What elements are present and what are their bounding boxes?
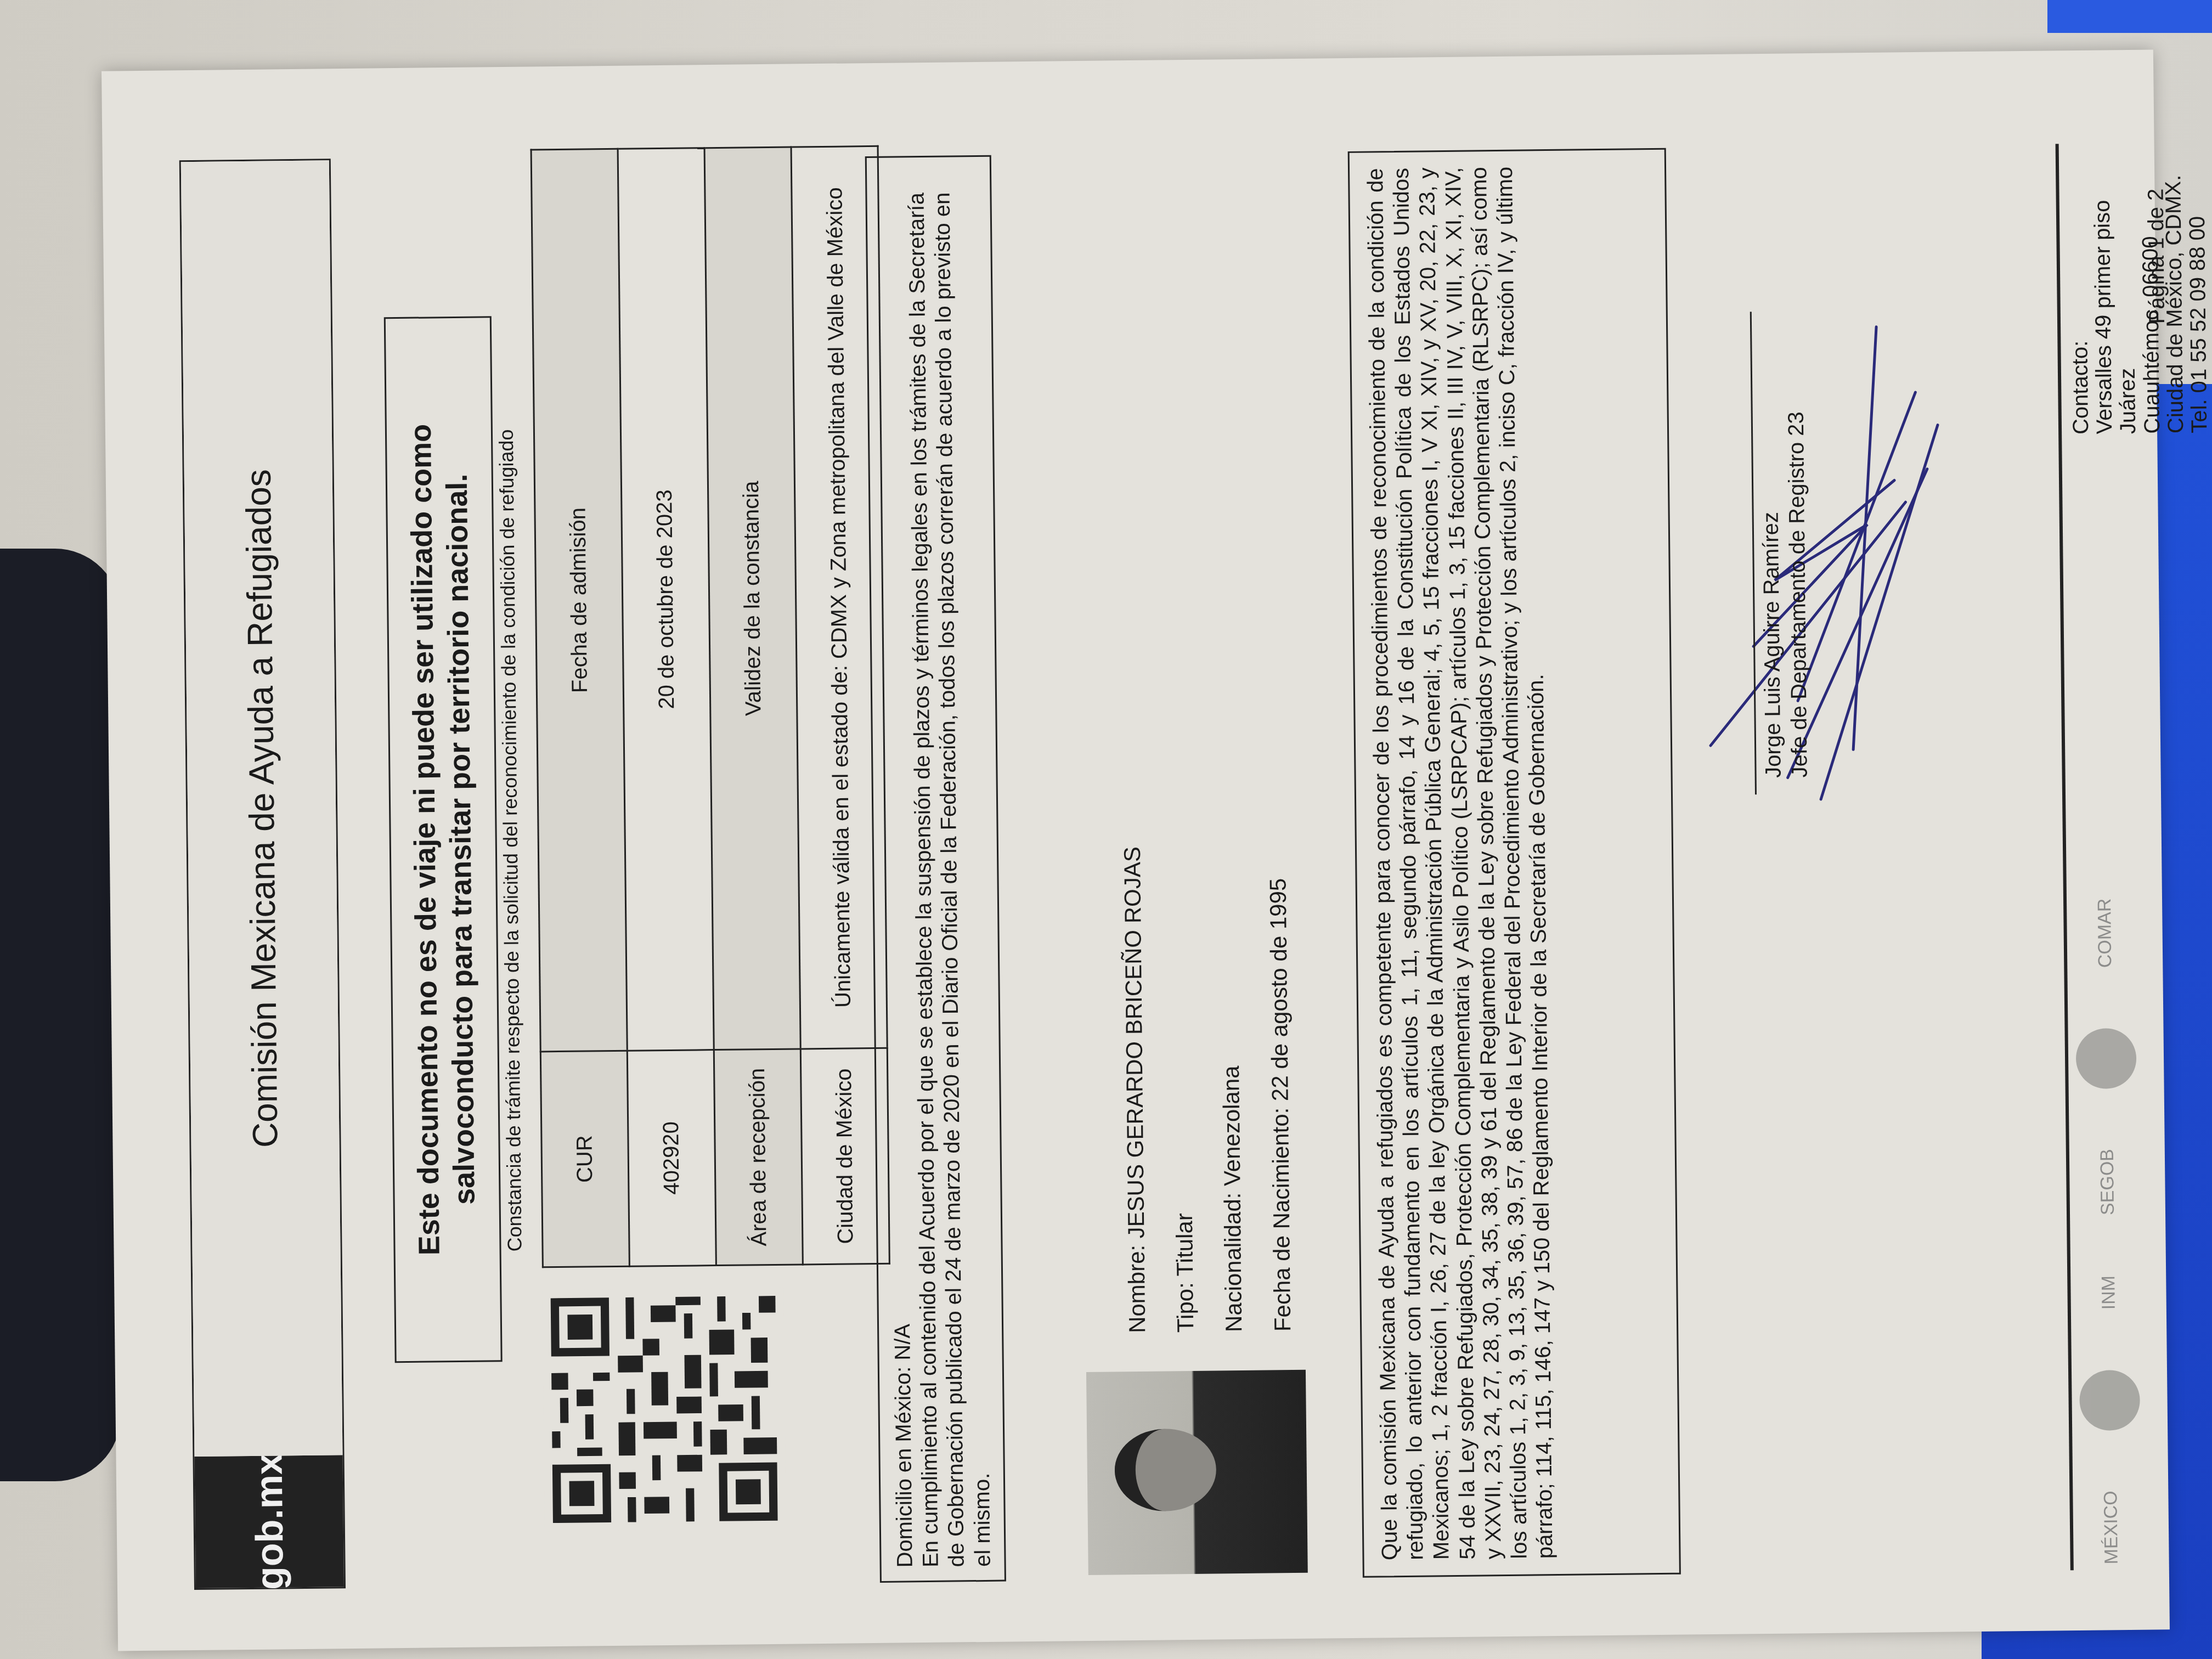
- travel-warning-box: Este documento no es de viaje ni puede s…: [384, 316, 503, 1363]
- area-recepcion-label: Área de recepción: [714, 1049, 803, 1265]
- signer-block: Jorge Luis Aguirre Ramírez Jefe de Depar…: [1757, 411, 1813, 778]
- legal-basis-text: Que la comisión Mexicana de Ayuda a refu…: [1348, 148, 1681, 1578]
- signer-name: Jorge Luis Aguirre Ramírez: [1757, 412, 1787, 778]
- acuerdo-text: En cumplimiento al contenido del Acuerdo…: [904, 170, 996, 1567]
- contact-line: Versalles 49 primer piso: [2090, 176, 2117, 435]
- fecha-admision-label: Fecha de admisión: [531, 149, 627, 1052]
- footer-logos: MÉXICO INM SEGOB COMAR: [2068, 522, 2145, 1565]
- applicant-name: Nombre: JESUS GERARDO BRICEÑO ROJAS: [1108, 847, 1161, 1334]
- page-number: Página 1 de 2: [2143, 188, 2170, 324]
- applicant-birthdate: Fecha de Nacimiento: 22 de agosto de 199…: [1253, 845, 1306, 1332]
- applicant-type: Tipo: Titular: [1156, 846, 1210, 1333]
- contact-block: Contacto: Versalles 49 primer piso Juáre…: [2067, 174, 2211, 435]
- applicant-details: Nombre: JESUS GERARDO BRICEÑO ROJAS Tipo…: [1108, 845, 1307, 1333]
- cur-value: 402920: [627, 1050, 716, 1266]
- mexico-logo: MÉXICO: [2100, 1491, 2122, 1565]
- notice-box: Domicilio en México: N/A En cumplimiento…: [865, 155, 1006, 1583]
- agency-title: Comisión Mexicana de Ayuda a Refugiados: [181, 160, 343, 1457]
- signer-title: Jefe de Departamento de Registro 23: [1783, 411, 1813, 778]
- applicant-nationality: Nacionalidad: Venezolana: [1205, 845, 1258, 1333]
- background-blue-corner: [2047, 0, 2212, 33]
- signature-icon: [1684, 315, 1947, 812]
- comar-logo: COMAR: [2094, 898, 2116, 968]
- cur-label: CUR: [540, 1051, 629, 1267]
- contact-line: Tel. 01 55 52 09 88 00: [2185, 174, 2211, 433]
- segob-logo: SEGOB: [2096, 1149, 2118, 1215]
- background-dark-fabric: [0, 549, 121, 1481]
- document-header: gob.mx Comisión Mexicana de Ayuda a Refu…: [179, 159, 346, 1590]
- constancia-info-table: CUR Fecha de admisión 402920 20 de octub…: [531, 145, 890, 1268]
- document-page: gob.mx Comisión Mexicana de Ayuda a Refu…: [101, 49, 2170, 1651]
- contact-line: Juárez: [2114, 176, 2141, 435]
- validez-label: Validez de la constancia: [704, 147, 800, 1050]
- national-seal-icon: [2079, 1370, 2140, 1431]
- photo-face-shape: [1114, 1429, 1217, 1512]
- gob-mx-logo: gob.mx: [194, 1455, 343, 1588]
- fecha-admision-value: 20 de octubre de 2023: [618, 148, 714, 1051]
- document-paper: gob.mx Comisión Mexicana de Ayuda a Refu…: [101, 49, 2170, 1651]
- contact-line: Contacto:: [2067, 176, 2093, 435]
- qr-code-icon: [542, 1288, 786, 1532]
- applicant-photo: [1086, 1370, 1308, 1575]
- national-seal-icon-2: [2075, 1028, 2136, 1089]
- inm-logo: INM: [2098, 1276, 2120, 1310]
